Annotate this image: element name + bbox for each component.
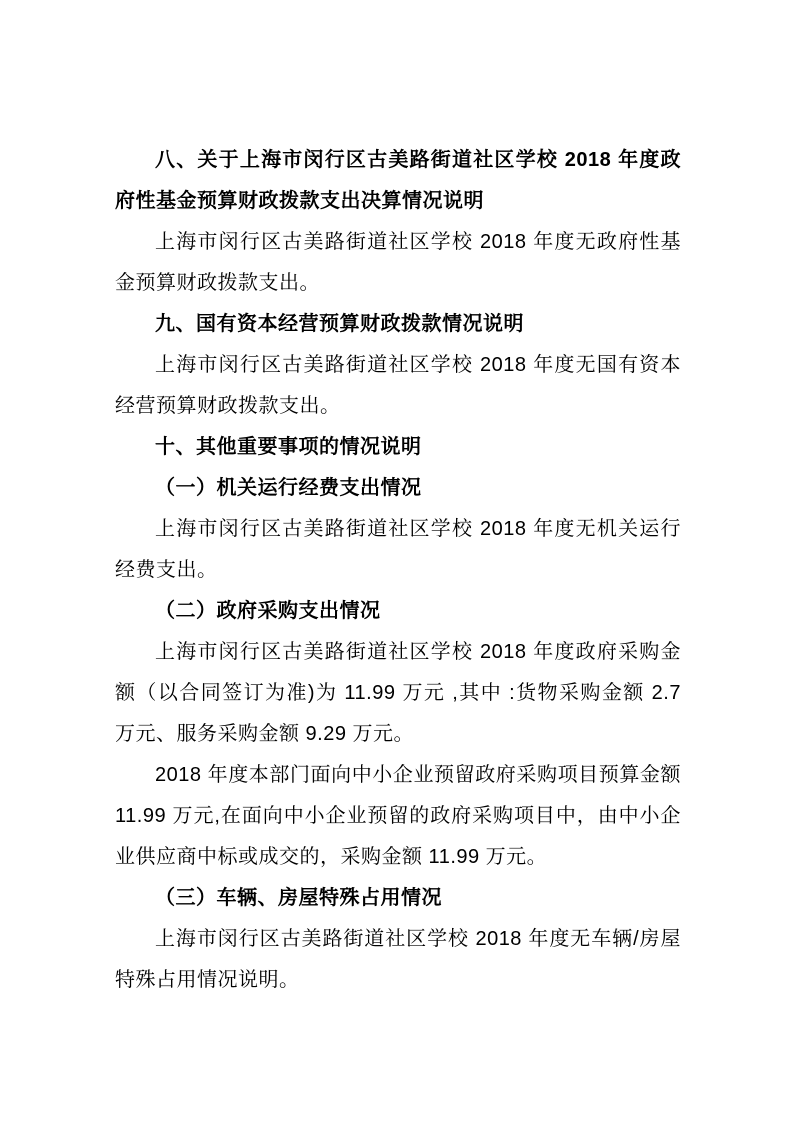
section-9-heading: 九、国有资本经营预算财政拨款情况说明 <box>115 304 681 345</box>
item-2-heading: （二）政府采购支出情况 <box>115 591 681 632</box>
section-8-heading: 八、关于上海市闵行区古美路街道社区学校 2018 年度政府性基金预算财政拨款支出… <box>115 140 681 222</box>
item-1-paragraph: 上海市闵行区古美路街道社区学校 2018 年度无机关运行经费支出。 <box>115 509 681 591</box>
section-9-paragraph: 上海市闵行区古美路街道社区学校 2018 年度无国有资本经营预算财政拨款支出。 <box>115 345 681 427</box>
item-3-paragraph: 上海市闵行区古美路街道社区学校 2018 年度无车辆/房屋特殊占用情况说明。 <box>115 919 681 1001</box>
item-2-paragraph-2: 2018 年度本部门面向中小企业预留政府采购项目预算金额 11.99 万元,在面… <box>115 755 681 878</box>
document-page: 八、关于上海市闵行区古美路街道社区学校 2018 年度政府性基金预算财政拨款支出… <box>0 0 793 1122</box>
section-10-heading: 十、其他重要事项的情况说明 <box>115 427 681 468</box>
section-8-paragraph: 上海市闵行区古美路街道社区学校 2018 年度无政府性基金预算财政拨款支出。 <box>115 222 681 304</box>
item-2-paragraph-1: 上海市闵行区古美路街道社区学校 2018 年度政府采购金额（以合同签订为准)为 … <box>115 632 681 755</box>
item-1-heading: （一）机关运行经费支出情况 <box>115 468 681 509</box>
item-3-heading: （三）车辆、房屋特殊占用情况 <box>115 878 681 919</box>
